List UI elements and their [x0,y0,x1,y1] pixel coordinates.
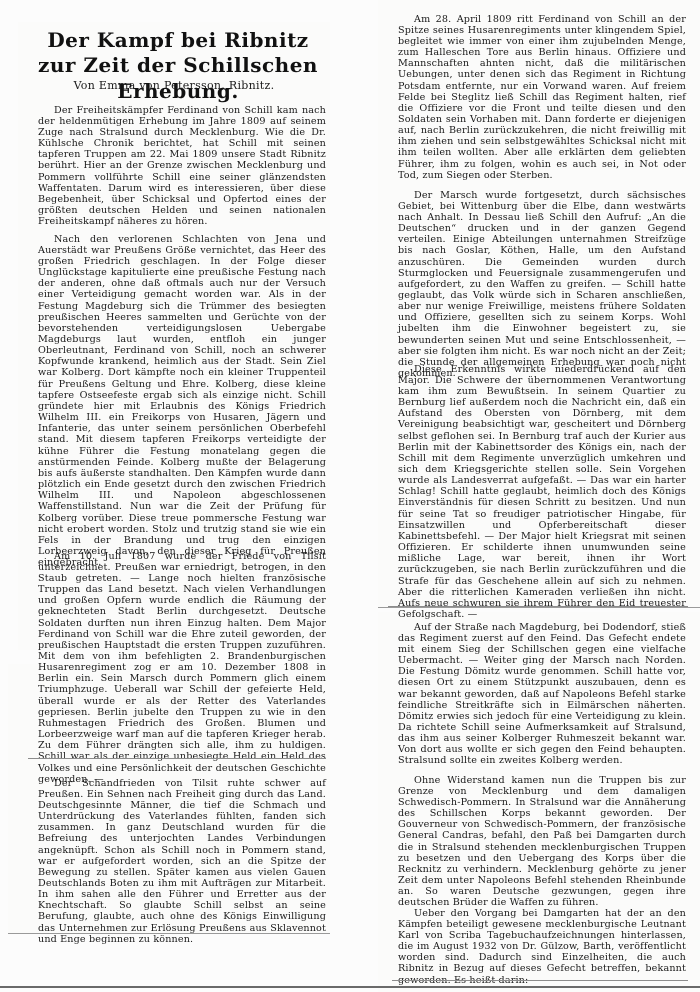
paragraph-intro: Der Freiheitskämpfer Ferdinand von Schil… [38,105,326,228]
headline-line-1: Der Kampf bei Ribnitz [18,28,338,52]
paragraph-schandfrieden: Der Schandfrieden von Tilsit ruhte schwe… [38,778,326,945]
paragraph-kolberg: Nach den verlorenen Schlachten von Jena … [38,234,326,569]
newspaper-page: Der Kampf bei Ribnitz zur Zeit der Schil… [0,0,700,992]
paragraph-bernburg: Diese Erkenntnis wirkte niederdrückend a… [398,364,686,621]
separator-line [392,980,688,981]
separator-line [28,758,326,759]
paragraph-stralsund: Ohne Widerstand kamen nun die Truppen bi… [398,775,686,909]
paragraph-dodendorf: Auf der Straße nach Magdeburg, bei Doden… [398,622,686,767]
page-bottom-edge [0,986,700,988]
paragraph-march: Der Marsch wurde fortgesetzt, durch säch… [398,190,686,380]
byline: Von Emma von Petersson, Ribnitz. [18,79,330,92]
paragraph-tilsit: Am 10. Juli 1807 wurde der Friede von Ti… [38,551,326,785]
headline-line-2: zur Zeit der Schillschen Erhebung. [18,52,338,104]
paragraph-damgarten: Ueber den Vorgang bei Damgarten hat der … [398,908,686,986]
separator-line [388,606,688,607]
article-headline: Der Kampf bei Ribnitz zur Zeit der Schil… [18,28,338,104]
paragraph-departure: Am 28. April 1809 ritt Ferdinand von Sch… [398,14,686,181]
